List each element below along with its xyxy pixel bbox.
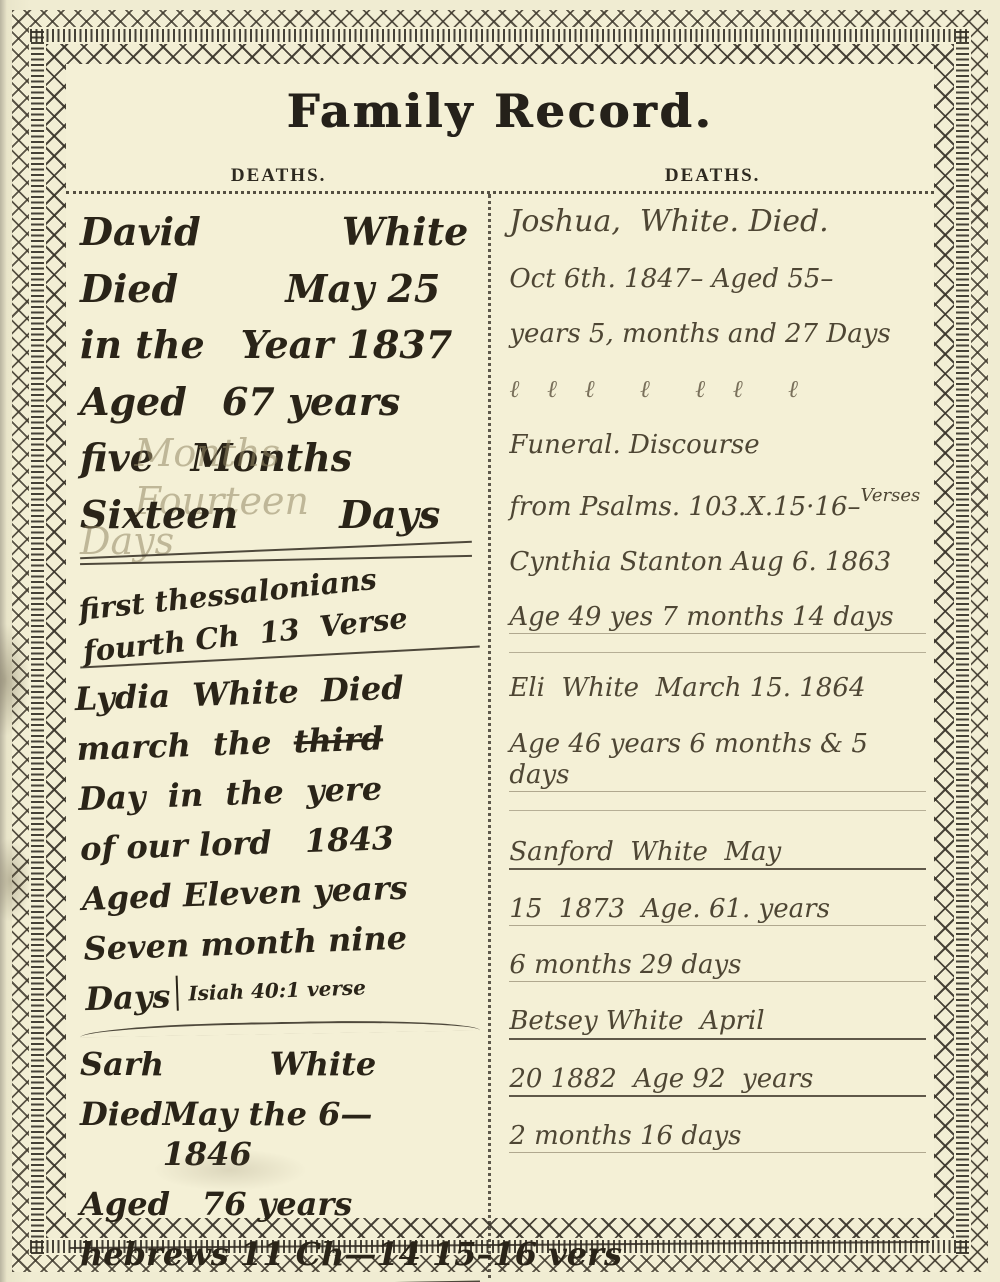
record-line: Eli White March 15. 1864 [509,673,926,704]
record-text: Months [191,434,353,482]
record-text: White [342,208,468,256]
record-line: march the third [76,715,477,769]
record-text: Died [80,265,178,313]
record-text: Aged Eleven years [81,868,408,917]
death-record-joshua-white: Joshua, White. Died.Oct 6th. 1847– Aged … [509,204,926,523]
right-deaths-header: DEATHS. [491,160,934,191]
death-record-sarah-white: SarhWhiteDiedMay the 6—1846Aged76 yearsh… [80,1044,480,1274]
hatch-border-band: Family Record. DEATHS. DEATHS. DavidWhit… [29,27,971,1255]
right-column: Joshua, White. Died.Oct 6th. 1847– Aged … [491,194,934,1282]
record-line: ℓ ℓ ℓ ℓ ℓ ℓ ℓ [509,374,926,405]
record-line: Betsey White April [509,1006,926,1039]
record-line: of our lord 1843 [79,815,480,869]
record-text: Year 1837 [241,321,453,369]
struck-word: third [293,719,384,760]
record-text: Days [339,491,440,539]
record-text: 67 years [222,378,400,426]
record-text: Age 49 yes 7 months 14 days [509,602,893,632]
record-text: Sarh [80,1044,164,1084]
record-line: from Psalms. 103.X.15·16–Verses [509,485,926,523]
record-line: Sanford White May [509,837,926,870]
record-text: Joshua, White. Died. [509,204,828,239]
record-text: Died [80,1094,163,1174]
record-text: Day in the yere [78,769,383,818]
record-text: 76 years [202,1184,352,1224]
entry-divider-rule [80,1018,480,1037]
record-line: Funeral. Discourse [509,430,926,461]
record-line: 2 months 16 days [509,1121,926,1153]
record-line: Cynthia Stanton Aug 6. 1863 [509,547,926,578]
record-text: march the [76,722,294,768]
record-line: fiveMonthsMonths Fourteen [80,434,352,482]
scanned-family-record-page: Family Record. DEATHS. DEATHS. DavidWhit… [0,0,1000,1282]
page-title: Family Record. [66,84,934,138]
left-deaths-header: DEATHS. [66,160,491,191]
outer-diamond-border: Family Record. DEATHS. DEATHS. DavidWhit… [12,10,988,1272]
death-record-sanford-white: Sanford White May15 1873 Age. 61. years6… [509,837,926,983]
pen-flourish: ℓ ℓ ℓ ℓ ℓ ℓ ℓ [509,375,808,403]
record-line: SarhWhite [80,1044,376,1084]
record-line: Day in the yere [78,765,479,819]
record-line: SixteenDaysDays [80,491,440,539]
record-line: in theYear 1837 [80,321,452,369]
record-text: Eli White March 15. 1864 [509,673,865,703]
record-text: 6 months 29 days [509,950,741,980]
record-text: 20 1882 Age 92 years [509,1064,813,1094]
record-line: hebrews 11 Ch—14 15–16 vers [80,1234,560,1274]
record-line: Age 46 years 6 months & 5 days [509,729,926,792]
inner-diamond-border: Family Record. DEATHS. DEATHS. DavidWhit… [46,44,954,1238]
record-line: 6 months 29 days [509,950,926,982]
record-line: Joshua, White. Died. [509,204,926,240]
record-text: 15 1873 Age. 61. years [509,894,830,924]
deaths-table: DavidWhiteDiedMay 25in theYear 1837Aged6… [66,191,934,1282]
record-line: DavidWhite [80,208,468,256]
record-line: Age 49 yes 7 months 14 days [509,602,926,634]
death-record-thessalonians-verse: first thessaloniansfourth Ch 13 Verse [77,550,483,670]
record-text: from Psalms. 103.X.15·16– [509,492,860,522]
record-text: Funeral. Discourse [509,430,759,460]
record-text: May 25 [285,265,440,313]
hatch-border-top [30,29,970,42]
record-line: Oct 6th. 1847– Aged 55– [509,264,926,295]
record-text: five [80,434,154,482]
record-line: Seven month nine [83,914,484,968]
record-text: Seven month nine [83,918,408,967]
record-line: Aged Eleven years [81,864,482,918]
record-line: 15 1873 Age. 61. years [509,894,926,926]
record-text: hebrews 11 Ch—14 15–16 vers [80,1235,622,1273]
record-text: in the [80,321,205,369]
hatch-border-left [31,28,44,1254]
column-headers: DEATHS. DEATHS. [66,160,934,191]
record-text: Aged [80,1184,170,1224]
death-record-eli-white: Eli White March 15. 1864Age 46 years 6 m… [509,673,926,792]
record-line: DaysIsiah 40:1 verse [85,964,486,1018]
record-text: Betsey White April [509,1006,764,1036]
scripture-note: Isiah 40:1 verse [188,975,366,1005]
record-text: Days [85,977,171,1018]
death-record-lydia-white: Lydia White Diedmarch the thirdDay in th… [74,665,486,1019]
record-text: of our lord 1843 [79,819,394,868]
left-column: DavidWhiteDiedMay 25in theYear 1837Aged6… [66,194,491,1282]
record-line: Aged76 years [80,1184,352,1224]
page-content: Family Record. DEATHS. DEATHS. DavidWhit… [66,64,934,1218]
record-line: Aged67 years [80,378,400,426]
record-text: David [80,208,201,256]
record-text: White [270,1044,377,1084]
record-line: Lydia White Died [74,665,475,719]
hatch-border-right [956,28,969,1254]
record-text: May the 6—1846 [163,1094,461,1174]
record-line: DiedMay 25 [80,265,440,313]
record-line: years 5, months and 27 Days [509,319,926,350]
death-record-betsey-white: Betsey White April20 1882 Age 92 years2 … [509,1006,926,1153]
death-record-cynthia-stanton: Cynthia Stanton Aug 6. 1863Age 49 yes 7 … [509,547,926,634]
record-text: Aged [80,378,187,426]
death-record-david-white: DavidWhiteDiedMay 25in theYear 1837Aged6… [80,208,480,538]
record-text: 2 months 16 days [509,1121,741,1151]
record-text: Sixteen [80,491,238,539]
entry-divider-rule [509,810,926,811]
record-text: years 5, months and 27 Days [509,319,890,349]
divider-stroke [176,975,179,1010]
record-line: 20 1882 Age 92 years [509,1064,926,1097]
record-text: Age 46 years 6 months & 5 days [509,729,876,790]
record-line: DiedMay the 6—1846 [80,1094,460,1174]
record-text: Cynthia Stanton Aug 6. 1863 [509,547,891,577]
entry-divider-rule [509,652,926,653]
record-text: Oct 6th. 1847– Aged 55– [509,264,833,294]
superscript-note: Verses [861,485,921,506]
record-text: Lydia White Died [74,668,404,717]
record-text: Sanford White May [509,837,781,867]
